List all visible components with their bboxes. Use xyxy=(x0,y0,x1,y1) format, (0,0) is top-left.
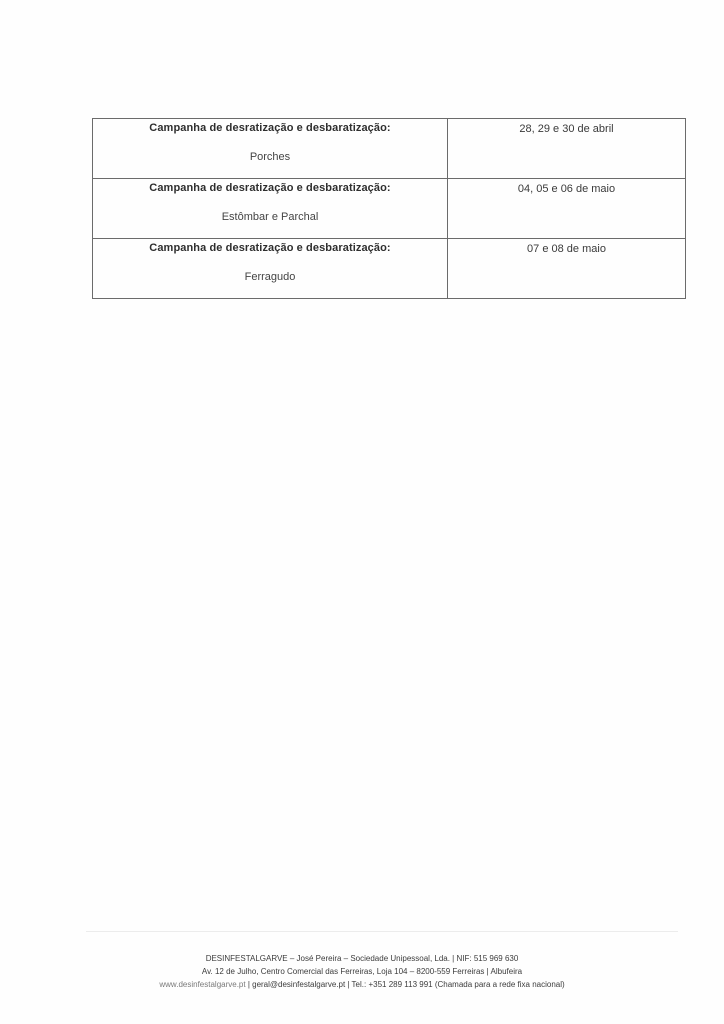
campaign-dates: 07 e 08 de maio xyxy=(448,243,685,255)
campaign-schedule-table: Campanha de desratização e desbaratizaçã… xyxy=(92,118,686,299)
footer-divider xyxy=(86,931,678,932)
campaign-location: Estômbar e Parchal xyxy=(93,211,447,223)
document-page: Campanha de desratização e desbaratizaçã… xyxy=(0,0,724,1024)
footer-company-line: DESINFESTALGARVE – José Pereira – Socied… xyxy=(0,952,724,965)
campaign-dates: 28, 29 e 30 de abril xyxy=(448,123,685,135)
footer-website-link[interactable]: www.desinfestalgarve.pt xyxy=(159,980,245,989)
table-row: Campanha de desratização e desbaratizaçã… xyxy=(93,239,686,299)
campaign-description-cell: Campanha de desratização e desbaratizaçã… xyxy=(93,179,448,239)
campaign-dates-cell: 04, 05 e 06 de maio xyxy=(448,179,686,239)
campaign-location: Porches xyxy=(93,151,447,163)
footer: DESINFESTALGARVE – José Pereira – Socied… xyxy=(0,952,724,991)
campaign-dates-cell: 07 e 08 de maio xyxy=(448,239,686,299)
campaign-location: Ferragudo xyxy=(93,271,447,283)
footer-contact-line: www.desinfestalgarve.pt | geral@desinfes… xyxy=(0,978,724,991)
campaign-description-cell: Campanha de desratização e desbaratizaçã… xyxy=(93,239,448,299)
table-row: Campanha de desratização e desbaratizaçã… xyxy=(93,179,686,239)
campaign-dates-cell: 28, 29 e 30 de abril xyxy=(448,119,686,179)
campaign-title: Campanha de desratização e desbaratizaçã… xyxy=(93,122,447,134)
campaign-description-cell: Campanha de desratização e desbaratizaçã… xyxy=(93,119,448,179)
table-row: Campanha de desratização e desbaratizaçã… xyxy=(93,119,686,179)
campaign-title: Campanha de desratização e desbaratizaçã… xyxy=(93,182,447,194)
footer-contact-details: | geral@desinfestalgarve.pt | Tel.: +351… xyxy=(246,980,565,989)
campaign-dates: 04, 05 e 06 de maio xyxy=(448,183,685,195)
footer-address-line: Av. 12 de Julho, Centro Comercial das Fe… xyxy=(0,965,724,978)
campaign-title: Campanha de desratização e desbaratizaçã… xyxy=(93,242,447,254)
